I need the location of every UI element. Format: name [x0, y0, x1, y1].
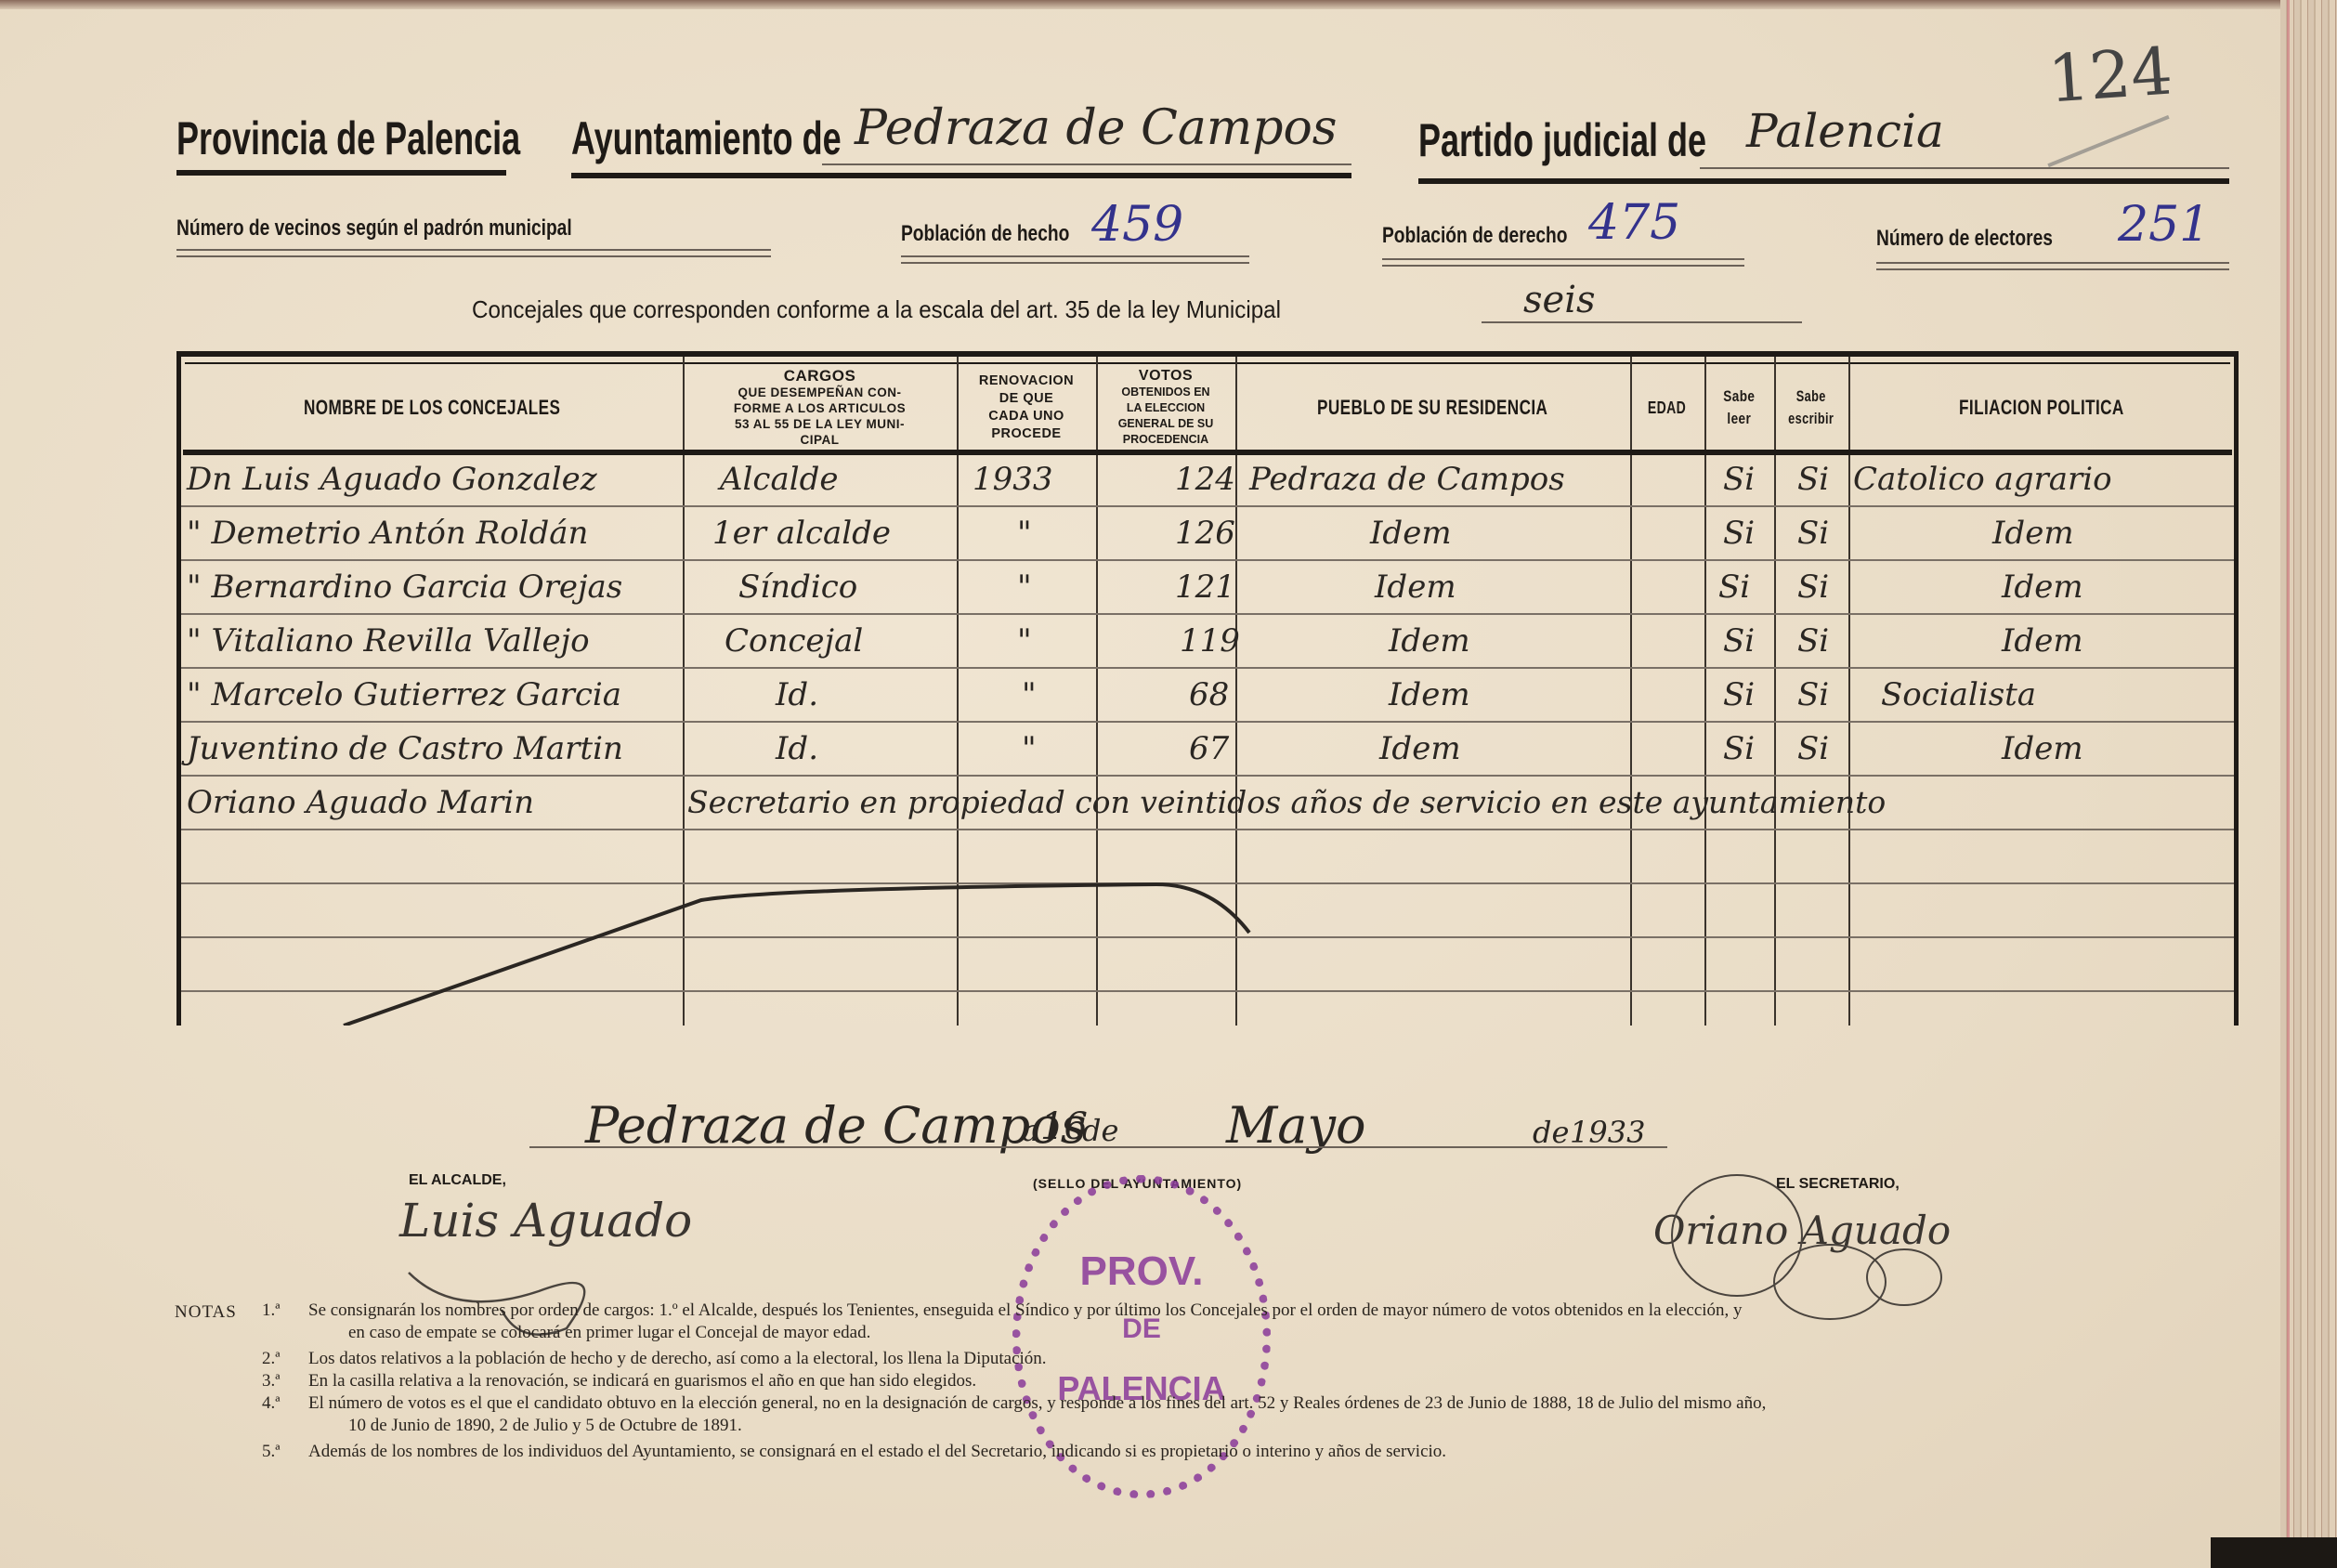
- cell-filiacion: Socialista: [1881, 676, 2036, 713]
- vecinos-line-1: [176, 249, 771, 251]
- note-num: 2.ª: [262, 1349, 281, 1369]
- cell-pueblo: Idem: [1389, 622, 1470, 660]
- vecinos-label: Número de vecinos según el padrón munici…: [176, 216, 572, 242]
- header-cargos-sub: QUE DESEMPEÑAN CON- FORME A LOS ARTICULO…: [734, 385, 906, 448]
- note-text: Se consignarán los nombres por orden de …: [308, 1300, 1743, 1321]
- cell-cargo: Síndico: [738, 568, 857, 606]
- row-line: [181, 505, 2234, 507]
- vecinos-line-2: [176, 255, 771, 257]
- header-pueblo: PUEBLO DE SU RESIDENCIA: [1235, 366, 1630, 450]
- row-line: [181, 775, 2234, 777]
- row-line: [181, 721, 2234, 723]
- note-text: Además de los nombres de los individuos …: [308, 1442, 1446, 1462]
- cell-secretario-nota: Secretario en propiedad con veintidos añ…: [687, 784, 1886, 820]
- cell-escribir: Si: [1797, 622, 1829, 660]
- cell-pueblo: Idem: [1375, 568, 1456, 606]
- page-number-underline: [2047, 115, 2169, 167]
- date-underline: [529, 1146, 1667, 1148]
- header-filiacion: FILIACION POLITICA: [1848, 366, 2234, 450]
- alcalde-label: EL ALCALDE,: [409, 1172, 506, 1189]
- electores-line-2: [1876, 268, 2229, 270]
- cell-filiacion: Idem: [2002, 730, 2083, 767]
- derecho-line-1: [1382, 258, 1744, 260]
- book-edge-red-margin: [2287, 0, 2290, 1547]
- concejales-label: Concejales que corresponden conforme a l…: [472, 295, 1281, 324]
- note-num: 4.ª: [262, 1393, 281, 1414]
- cell-renovacion: ": [1022, 730, 1037, 767]
- cell-leer: Si: [1718, 568, 1750, 606]
- stamp-line1: PROV.: [1021, 1248, 1262, 1295]
- header-sabe-escribir-text: Sabe escribir: [1788, 385, 1834, 430]
- cell-cargo: Id.: [776, 676, 818, 713]
- ayuntamiento-value: Pedraza de Campos: [855, 100, 1337, 156]
- header-bottom-rule: [183, 450, 2232, 455]
- ayuntamiento-label: Ayuntamiento de: [571, 111, 842, 165]
- cell-escribir: Si: [1797, 568, 1829, 606]
- cell-votos: 121: [1175, 568, 1235, 606]
- cell-cargo: Alcalde: [720, 461, 839, 498]
- cell-pueblo: Pedraza de Campos: [1249, 461, 1565, 498]
- date-de1: de: [1082, 1113, 1118, 1148]
- cell-filiacion: Idem: [2002, 568, 2083, 606]
- cancel-stroke: [181, 877, 2234, 1026]
- cell-votos: 119: [1180, 622, 1240, 660]
- ayuntamiento-rule: [571, 173, 1351, 178]
- cell-cargo: 1er alcalde: [712, 515, 891, 552]
- poblacion-hecho-label: Población de hecho: [901, 221, 1069, 247]
- row-line: [181, 829, 2234, 830]
- cell-pueblo: Idem: [1389, 676, 1470, 713]
- cell-nombre: Juventino de Castro Martin: [187, 730, 623, 767]
- header-nombre-text: NOMBRE DE LOS CONCEJALES: [304, 396, 560, 420]
- cell-pueblo: Idem: [1370, 515, 1452, 552]
- poblacion-hecho-value[interactable]: 459: [1091, 197, 1183, 253]
- header-cargos-title: CARGOS: [784, 368, 856, 385]
- header-cargos: CARGOS QUE DESEMPEÑAN CON- FORME A LOS A…: [683, 366, 957, 450]
- header-votos: VOTOS OBTENIDOS EN LA ELECCION GENERAL D…: [1096, 366, 1235, 450]
- header-renovacion: RENOVACION DE QUE CADA UNO PROCEDE: [957, 366, 1096, 450]
- hecho-line-1: [901, 255, 1249, 257]
- concejales-value[interactable]: seis: [1523, 279, 1596, 321]
- cell-leer: Si: [1723, 676, 1755, 713]
- row-line: [181, 667, 2234, 669]
- cell-leer: Si: [1723, 622, 1755, 660]
- cell-filiacion: Catolico agrario: [1853, 461, 2112, 498]
- cell-escribir: Si: [1797, 461, 1829, 498]
- cell-escribir: Si: [1797, 515, 1829, 552]
- ayuntamiento-line: [822, 163, 1351, 165]
- date-a: a: [1022, 1113, 1039, 1148]
- poblacion-derecho-value[interactable]: 475: [1588, 195, 1680, 251]
- header-renovacion-text: RENOVACION DE QUE CADA UNO PROCEDE: [979, 372, 1074, 443]
- cell-pueblo: Idem: [1379, 730, 1461, 767]
- cell-votos: 126: [1175, 515, 1235, 552]
- concejales-line: [1482, 321, 1802, 323]
- cell-renovacion: ": [1017, 622, 1032, 660]
- cell-renovacion: 1933: [973, 461, 1053, 498]
- cell-leer: Si: [1723, 461, 1755, 498]
- cell-nombre: " Vitaliano Revilla Vallejo: [187, 622, 590, 660]
- electores-label: Número de electores: [1876, 226, 2053, 252]
- cell-secretario-nombre: Oriano Aguado Marin: [187, 784, 534, 821]
- header-votos-title: VOTOS: [1139, 368, 1193, 385]
- cell-renovacion: ": [1022, 676, 1037, 713]
- hecho-line-2: [901, 262, 1249, 264]
- header-pueblo-text: PUEBLO DE SU RESIDENCIA: [1317, 396, 1547, 420]
- date-year: 1933: [1570, 1115, 1645, 1150]
- cell-nombre: " Demetrio Antón Roldán: [187, 515, 588, 552]
- partido-line: [1700, 167, 2229, 169]
- electores-value[interactable]: 251: [2118, 197, 2210, 253]
- row-line: [181, 613, 2234, 615]
- note-num: 5.ª: [262, 1442, 281, 1462]
- header-filiacion-text: FILIACION POLITICA: [1959, 396, 2124, 420]
- partido-value: Palencia: [1746, 104, 1944, 158]
- cell-renovacion: ": [1017, 515, 1032, 552]
- cell-renovacion: ": [1017, 568, 1032, 606]
- table-inner-top-rule: [185, 362, 2230, 364]
- page-top-edge: [0, 0, 2280, 9]
- provincia-label: Provincia de Palencia: [176, 111, 520, 165]
- cell-leer: Si: [1723, 515, 1755, 552]
- note-text: El número de votos es el que el candidat…: [308, 1393, 1766, 1414]
- cell-leer: Si: [1723, 730, 1755, 767]
- notes-label: NOTAS: [175, 1302, 237, 1323]
- derecho-line-2: [1382, 265, 1744, 267]
- header-edad-text: EDAD: [1648, 399, 1686, 418]
- note-text: Los datos relativos a la población de he…: [308, 1349, 1047, 1369]
- cell-cargo: Concejal: [725, 622, 863, 660]
- date-de2: de: [1533, 1115, 1569, 1150]
- concejales-table: NOMBRE DE LOS CONCEJALES CARGOS QUE DESE…: [176, 351, 2239, 1026]
- cell-filiacion: Idem: [2002, 622, 2083, 660]
- partido-label: Partido judicial de: [1418, 113, 1706, 167]
- header-nombre: NOMBRE DE LOS CONCEJALES: [181, 366, 683, 450]
- note-text: En la casilla relativa a la renovación, …: [308, 1371, 976, 1392]
- cell-cargo: Id.: [776, 730, 818, 767]
- provincia-rule: [176, 170, 506, 176]
- electores-line-1: [1876, 262, 2229, 264]
- poblacion-derecho-label: Población de derecho: [1382, 223, 1568, 249]
- cell-escribir: Si: [1797, 730, 1829, 767]
- row-line: [181, 559, 2234, 561]
- cell-votos: 68: [1189, 676, 1229, 713]
- note-num: 3.ª: [262, 1371, 281, 1392]
- date-day: 16: [1040, 1105, 1088, 1148]
- note-num: 1.ª: [262, 1300, 281, 1321]
- header-sabe-escribir: Sabe escribir: [1774, 366, 1848, 450]
- header-votos-sub: OBTENIDOS EN LA ELECCION GENERAL DE SU P…: [1118, 385, 1214, 448]
- document-page: 124 Provincia de Palencia Ayuntamiento d…: [0, 0, 2280, 1568]
- partido-rule: [1418, 178, 2229, 184]
- page-number: 124: [2045, 33, 2174, 117]
- cell-filiacion: Idem: [1992, 515, 2074, 552]
- cell-votos: 124: [1175, 461, 1235, 498]
- cell-nombre: Dn Luis Aguado Gonzalez: [187, 461, 597, 498]
- cell-nombre: " Bernardino Garcia Orejas: [187, 568, 622, 606]
- note-cont: 10 de Junio de 1890, 2 de Julio y 5 de O…: [348, 1416, 742, 1436]
- cell-nombre: " Marcelo Gutierrez Garcia: [187, 676, 621, 713]
- cell-votos: 67: [1189, 730, 1229, 767]
- background-strip: [2211, 1537, 2337, 1568]
- cell-escribir: Si: [1797, 676, 1829, 713]
- header-edad: EDAD: [1630, 366, 1704, 450]
- note-cont: en caso de empate se colocará en primer …: [348, 1323, 870, 1343]
- header-sabe-leer-text: Sabe leer: [1723, 385, 1755, 430]
- header-sabe-leer: Sabe leer: [1704, 366, 1774, 450]
